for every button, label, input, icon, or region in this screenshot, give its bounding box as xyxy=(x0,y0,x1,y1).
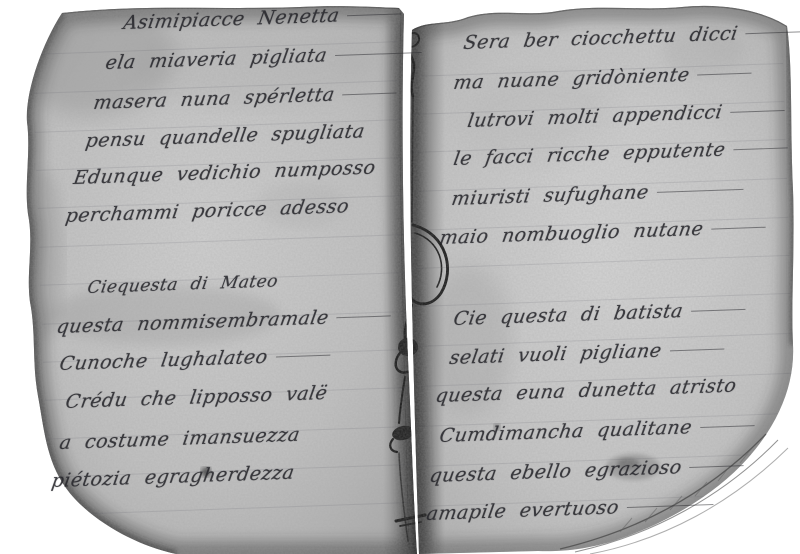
notebook-artwork xyxy=(0,0,800,554)
scanned-notebook: Asimipiacce Nenetta ela miaveria pigliat… xyxy=(0,0,800,554)
paper-grain xyxy=(0,0,800,554)
